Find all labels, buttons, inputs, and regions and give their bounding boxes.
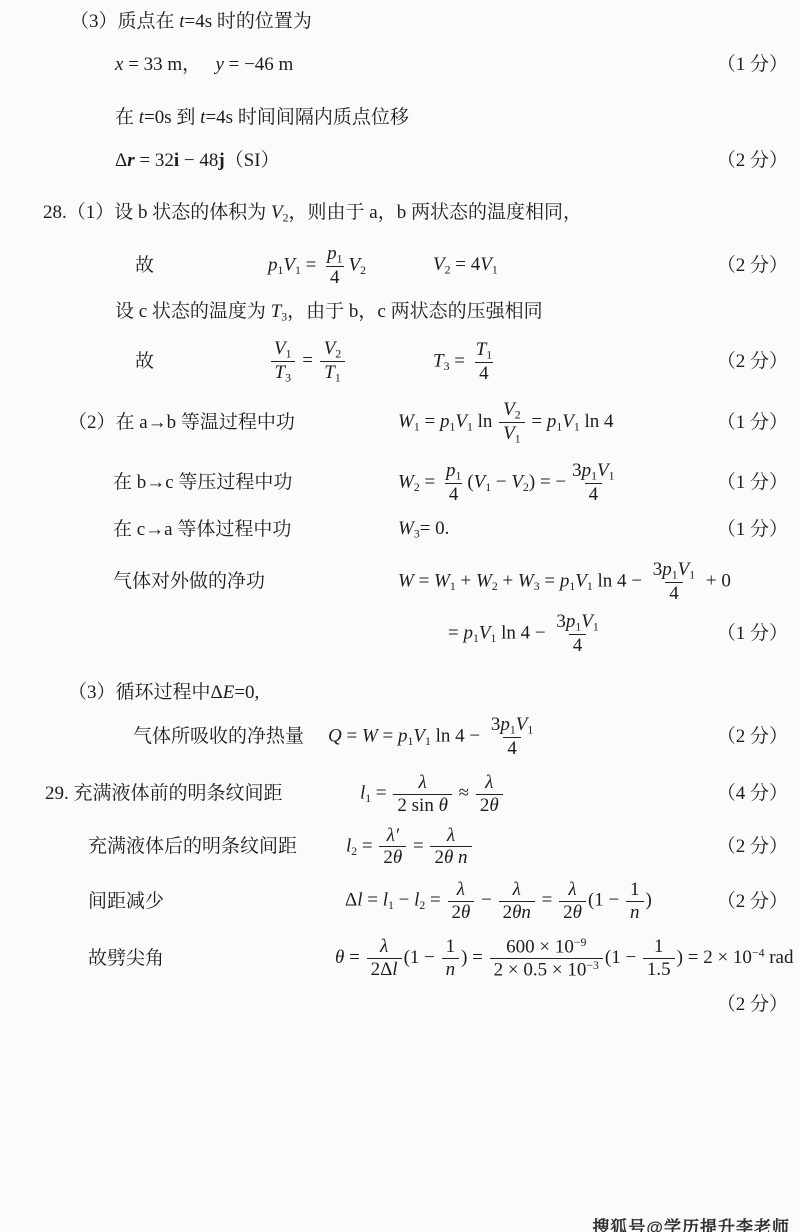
line-label: 故	[135, 350, 268, 374]
answer-line-interval-text: 在 t=0s 到 t=4s 时间间隔内质点位移	[0, 104, 800, 131]
line-label: 在 c→a 等体过程中功	[113, 518, 398, 542]
line-text: 设 c 状态的温度为 T3，由于 b，c 两状态的压强相同	[115, 300, 543, 325]
line-text: 28.（1）设 b 状态的体积为 V2，则由于 a，b 两状态的温度相同，	[43, 201, 582, 226]
score-badge: （2 分）	[717, 350, 788, 374]
answer-line-q28-eq1: 故 p1V1 = p14V2 V2 = 4V1 （2 分）	[0, 243, 800, 289]
formula: Δl = l1 − l2 = λ2θ − λ2θn = λ2θ(1 − 1n)	[345, 879, 652, 924]
line-text: 在 t=0s 到 t=4s 时间间隔内质点位移	[115, 106, 409, 130]
answer-line-w3: 在 c→a 等体过程中功 W3= 0. （1 分）	[0, 516, 800, 543]
line-label: 充满液体后的明条纹间距	[88, 835, 346, 859]
formula: Q = W = p1V1 ln 4 − 3p1V14	[328, 714, 539, 760]
line-label: 29. 充满液体前的明条纹间距	[45, 782, 360, 806]
answer-line-w1: （2）在 a→b 等温过程中功 W1 = p1V1 ln V2V1 = p1V1…	[0, 399, 800, 446]
line-label: 故	[135, 254, 268, 278]
answer-line-q29-l1: 29. 充满液体前的明条纹间距 l1 = λ2 sin θ ≈ λ2θ （4 分…	[0, 772, 800, 817]
formula: p1V1 = p14V2	[268, 243, 433, 289]
formula: θ = λ2Δl(1 − 1n) = 600 × 10−92 × 0.5 × 1…	[335, 936, 793, 982]
answer-line-final-score: （2 分）	[0, 992, 800, 1019]
watermark-text: 搜狐号@学历提升李老师	[592, 1217, 790, 1232]
score-badge: （2 分）	[717, 254, 788, 278]
answer-line-w2: 在 b→c 等压过程中功 W2 = p14(V1 − V2) = −3p1V14…	[0, 460, 800, 506]
formula: l1 = λ2 sin θ ≈ λ2θ	[360, 772, 505, 817]
answer-line-position-header: （3）质点在 t=4s 时的位置为	[0, 8, 800, 35]
formula: V1T3 = V2T1	[268, 338, 433, 385]
answer-line-q28-part3: （3）循环过程中ΔE=0,	[0, 679, 800, 706]
line-label: 在 b→c 等压过程中功	[113, 471, 398, 495]
line-label: 故劈尖角	[88, 947, 335, 971]
answer-line-q28-text2: 设 c 状态的温度为 T3，由于 b，c 两状态的压强相同	[0, 299, 800, 326]
answer-line-net-heat: 气体所吸收的净热量 Q = W = p1V1 ln 4 − 3p1V14 （2 …	[0, 714, 800, 760]
score-badge: （1 分）	[717, 53, 788, 77]
answer-line-position-values: x = 33 m， y = −46 m （1 分）	[0, 51, 800, 78]
score-badge: （2 分）	[717, 725, 788, 749]
line-label: 间距减少	[88, 890, 345, 914]
answer-line-wedge-angle: 故劈尖角 θ = λ2Δl(1 − 1n) = 600 × 10−92 × 0.…	[0, 936, 800, 982]
formula-secondary: V2 = 4V1	[433, 253, 498, 278]
line-text: （3）循环过程中ΔE=0,	[68, 681, 259, 705]
score-badge: （1 分）	[717, 471, 788, 495]
formula: W = W1 + W2 + W3 = p1V1 ln 4 − 3p1V14 + …	[398, 559, 731, 605]
score-badge: （1 分）	[717, 411, 788, 435]
score-badge: （4 分）	[717, 782, 788, 806]
document-page: （3）质点在 t=4s 时的位置为 x = 33 m， y = −46 m （1…	[0, 8, 800, 1232]
formula: W3= 0.	[398, 517, 449, 542]
answer-line-net-work: 气体对外做的净功 W = W1 + W2 + W3 = p1V1 ln 4 − …	[0, 559, 800, 605]
answer-line-q29-l2: 充满液体后的明条纹间距 l2 = λ′2θ = λ2θ n （2 分）	[0, 825, 800, 870]
answer-line-q28-intro: 28.（1）设 b 状态的体积为 V2，则由于 a，b 两状态的温度相同，	[0, 200, 800, 227]
score-badge: （2 分）	[717, 993, 788, 1017]
line-label: 气体对外做的净功	[113, 570, 398, 594]
formula: l2 = λ′2θ = λ2θ n	[346, 825, 474, 870]
answer-line-net-work-result: = p1V1 ln 4 − 3p1V14 （1 分）	[0, 611, 800, 657]
line-text: （3）质点在 t=4s 时的位置为	[70, 10, 312, 34]
score-badge: （2 分）	[717, 149, 788, 173]
formula: Δr = 32i − 48j（SI）	[115, 149, 280, 173]
score-badge: （1 分）	[717, 518, 788, 542]
score-badge: （2 分）	[717, 890, 788, 914]
answer-line-q28-eq2: 故 V1T3 = V2T1 T3 = T14 （2 分）	[0, 338, 800, 385]
line-label: 气体所吸收的净热量	[133, 725, 328, 749]
formula: x = 33 m， y = −46 m	[115, 53, 293, 77]
formula: = p1V1 ln 4 − 3p1V14	[448, 611, 605, 657]
formula: W1 = p1V1 ln V2V1 = p1V1 ln 4	[398, 399, 614, 446]
answer-line-displacement: Δr = 32i − 48j（SI） （2 分）	[0, 147, 800, 174]
line-label: （2）在 a→b 等温过程中功	[68, 411, 398, 435]
score-badge: （1 分）	[717, 622, 788, 646]
formula-secondary: T3 = T14	[433, 339, 498, 385]
formula: W2 = p14(V1 − V2) = −3p1V14	[398, 460, 621, 506]
answer-line-spacing-decrease: 间距减少 Δl = l1 − l2 = λ2θ − λ2θn = λ2θ(1 −…	[0, 879, 800, 924]
score-badge: （2 分）	[717, 835, 788, 859]
